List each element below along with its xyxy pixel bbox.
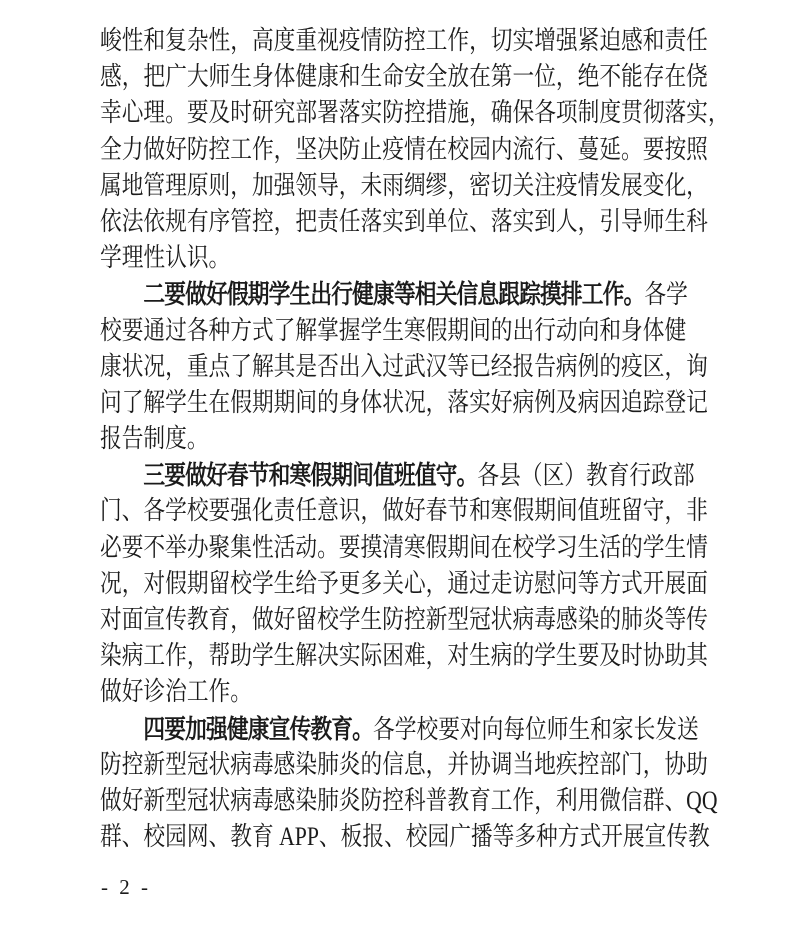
paragraph: 三要做好春节和寒假期间值班值守。各县（区）教育行政部门、各学校要强化责任意识，做… xyxy=(100,457,740,710)
line-text: 况，对假期留校学生给予更多关心，通过走访慰问等方式开展面 xyxy=(100,569,708,598)
text-line: 做好诊治工作。 xyxy=(100,674,634,710)
first-line-indent xyxy=(100,737,143,738)
text-line: 属地管理原则，加强领导，未雨绸缪，密切关注疫情发展变化， xyxy=(100,168,634,204)
text-line: 二要做好假期学生出行健康等相关信息跟踪摸排工作。各学 xyxy=(100,276,634,312)
line-text: 必要不举办聚集性活动。要摸清寒假期间在校学习生活的学生情 xyxy=(100,533,708,562)
line-text: 感，把广大师生身体健康和生命安全放在第一位，绝不能存在侥 xyxy=(100,62,708,91)
text-line: 学理性认识。 xyxy=(100,240,634,276)
bold-lead-text: 四要加强健康宣传教育。 xyxy=(143,714,373,744)
text-line: 况，对假期留校学生给予更多关心，通过走访慰问等方式开展面 xyxy=(100,566,634,602)
text-line: 全力做好防控工作，坚决防止疫情在校园内流行、蔓延。要按照 xyxy=(100,132,634,168)
text-line: 感，把广大师生身体健康和生命安全放在第一位，绝不能存在侥 xyxy=(100,59,634,95)
bold-lead-text: 三要做好春节和寒假期间值班值守。 xyxy=(143,460,477,490)
first-line-indent xyxy=(100,302,143,303)
text-line: 三要做好春节和寒假期间值班值守。各县（区）教育行政部 xyxy=(100,457,634,493)
line-text: 全力做好防控工作，坚决防止疫情在校园内流行、蔓延。要按照 xyxy=(100,135,708,164)
line-text: 做好诊治工作。 xyxy=(100,677,252,706)
line-text: 群、校园网、教育 APP、板报、校园广播等多种方式开展宣传教 xyxy=(100,822,710,851)
line-text: 康状况，重点了解其是否出入过武汉等已经报告病例的疫区，询 xyxy=(100,352,708,381)
line-text: 报告制度。 xyxy=(100,424,209,453)
line-text: 各学校要对向每位师生和家长发送 xyxy=(373,715,699,744)
text-line: 康状况，重点了解其是否出入过武汉等已经报告病例的疫区，询 xyxy=(100,349,634,385)
text-line: 染病工作，帮助学生解决实际困难，对生病的学生要及时协助其 xyxy=(100,638,634,674)
line-text: 属地管理原则，加强领导，未雨绸缪，密切关注疫情发展变化， xyxy=(100,171,708,200)
line-text: 幸心理。要及时研究部署落实防控措施，确保各项制度贯彻落实， xyxy=(100,98,730,127)
line-text: 防控新型冠状病毒感染肺炎的信息，并协调当地疾控部门，协助 xyxy=(100,750,708,779)
paragraph: 四要加强健康宣传教育。各学校要对向每位师生和家长发送防控新型冠状病毒感染肺炎的信… xyxy=(100,711,740,856)
line-text: 校要通过各种方式了解掌握学生寒假期间的出行动向和身体健 xyxy=(100,316,686,345)
first-line-indent xyxy=(100,483,143,484)
line-text: 各学 xyxy=(644,280,687,309)
page-number: - 2 - xyxy=(101,872,151,902)
line-text: 做好新型冠状病毒感染肺炎防控科普教育工作，利用微信群、QQ xyxy=(100,786,718,815)
text-line: 问了解学生在假期期间的身体状况，落实好病例及病因追踪登记 xyxy=(100,385,634,421)
text-line: 门、各学校要强化责任意识，做好春节和寒假期间值班留守，非 xyxy=(100,493,634,529)
text-line: 对面宣传教育，做好留校学生防控新型冠状病毒感染的肺炎等传 xyxy=(100,602,634,638)
paragraph: 二要做好假期学生出行健康等相关信息跟踪摸排工作。各学校要通过各种方式了解掌握学生… xyxy=(100,276,740,457)
line-text: 峻性和复杂性，高度重视疫情防控工作，切实增强紧迫感和责任 xyxy=(100,26,708,55)
line-text: 染病工作，帮助学生解决实际困难，对生病的学生要及时协助其 xyxy=(100,641,708,670)
document-page: 峻性和复杂性，高度重视疫情防控工作，切实增强紧迫感和责任感，把广大师生身体健康和… xyxy=(0,0,793,943)
line-text: 学理性认识。 xyxy=(100,243,230,272)
line-text: 门、各学校要强化责任意识，做好春节和寒假期间值班留守，非 xyxy=(100,496,708,525)
paragraph: 峻性和复杂性，高度重视疫情防控工作，切实增强紧迫感和责任感，把广大师生身体健康和… xyxy=(100,23,740,276)
text-line: 报告制度。 xyxy=(100,421,634,457)
line-text: 依法依规有序管控，把责任落实到单位、落实到人，引导师生科 xyxy=(100,207,708,236)
text-line: 依法依规有序管控，把责任落实到单位、落实到人，引导师生科 xyxy=(100,204,634,240)
line-text: 各县（区）教育行政部 xyxy=(477,461,694,490)
line-text: 对面宣传教育，做好留校学生防控新型冠状病毒感染的肺炎等传 xyxy=(100,605,708,634)
text-line: 校要通过各种方式了解掌握学生寒假期间的出行动向和身体健 xyxy=(100,313,634,349)
text-line: 幸心理。要及时研究部署落实防控措施，确保各项制度贯彻落实， xyxy=(100,95,634,131)
text-line: 群、校园网、教育 APP、板报、校园广播等多种方式开展宣传教 xyxy=(100,819,634,855)
text-line: 必要不举办聚集性活动。要摸清寒假期间在校学习生活的学生情 xyxy=(100,530,634,566)
line-text: 问了解学生在假期期间的身体状况，落实好病例及病因追踪登记 xyxy=(100,388,708,417)
bold-lead-text: 二要做好假期学生出行健康等相关信息跟踪摸排工作。 xyxy=(143,279,644,309)
document-body: 峻性和复杂性，高度重视疫情防控工作，切实增强紧迫感和责任感，把广大师生身体健康和… xyxy=(100,23,740,855)
text-line: 峻性和复杂性，高度重视疫情防控工作，切实增强紧迫感和责任 xyxy=(100,23,634,59)
text-line: 做好新型冠状病毒感染肺炎防控科普教育工作，利用微信群、QQ xyxy=(100,783,634,819)
text-line: 四要加强健康宣传教育。各学校要对向每位师生和家长发送 xyxy=(100,711,634,747)
text-line: 防控新型冠状病毒感染肺炎的信息，并协调当地疾控部门，协助 xyxy=(100,747,634,783)
